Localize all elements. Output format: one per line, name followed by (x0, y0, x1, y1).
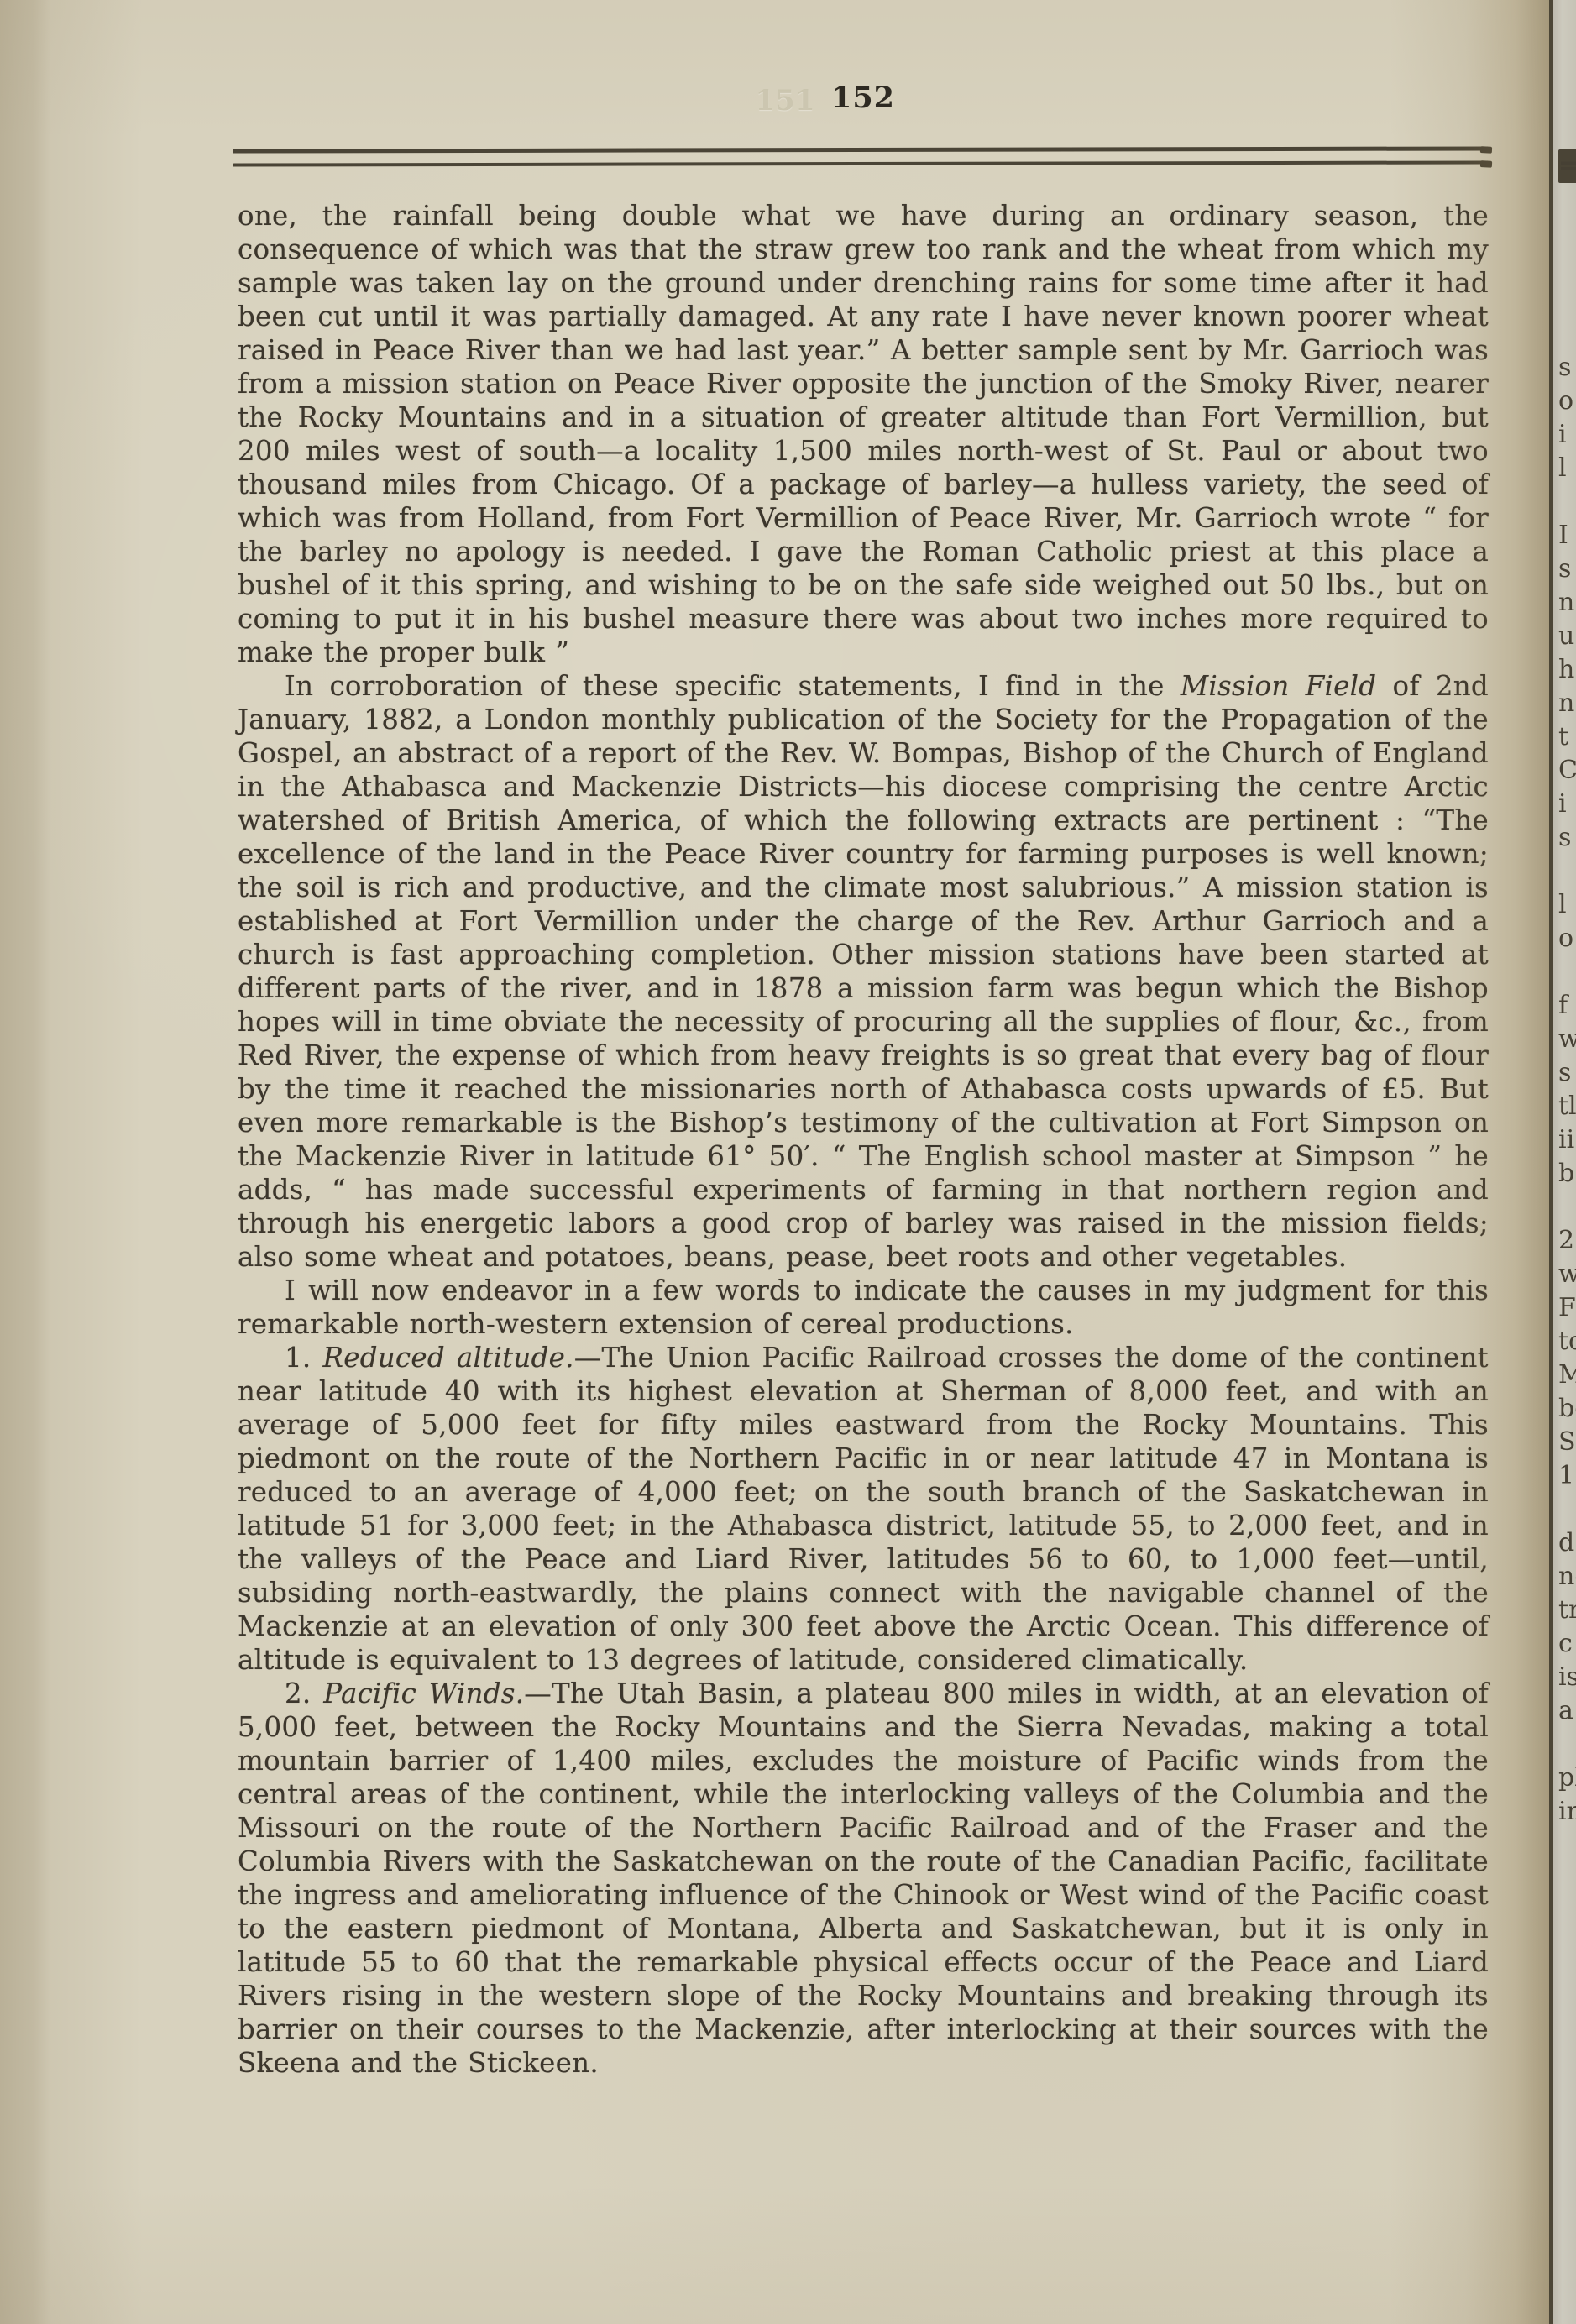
text-segment: 2. (285, 1678, 323, 1709)
italic-text-segment: Pacific Winds. (323, 1678, 524, 1709)
italic-text-segment: Reduced altitude. (322, 1342, 573, 1374)
edge-text-fragment (1558, 317, 1576, 351)
paragraph: In corroboration of these specific state… (238, 669, 1489, 1274)
edge-text-fragment (1558, 1829, 1576, 1862)
edge-text-fragment: 18 (1558, 1459, 1576, 1493)
edge-text-fragment (1558, 485, 1576, 519)
edge-text-fragment: tr (1558, 1594, 1576, 1627)
edge-text-fragment: n (1558, 586, 1576, 620)
text-segment: In corroboration of these specific state… (285, 670, 1181, 702)
rule-top-line (233, 146, 1489, 153)
edge-text-fragment: C (1558, 754, 1576, 788)
edge-text-fragment (1558, 1862, 1576, 1896)
facing-page-sliver: =soilIsnuhntCislofwstliib23wFtoMboS18dne… (1553, 0, 1576, 2324)
text-segment: —The Union Pacific Railroad crosses the … (238, 1342, 1489, 1676)
gutter-shadow (1390, 0, 1549, 2324)
facing-page-fragments: =soilIsnuhntCislofwstliib23wFtoMboS18dne… (1558, 149, 1576, 1929)
text-block: one, the rainfall being double what we h… (238, 199, 1489, 2080)
edge-text-fragment (1558, 1728, 1576, 1761)
edge-text-fragment: is (1558, 1661, 1576, 1694)
edge-text-fragment: l (1558, 452, 1576, 485)
edge-text-fragment: tl (1558, 1090, 1576, 1123)
edge-text-fragment (1558, 1896, 1576, 1929)
edge-text-fragment: a (1558, 1694, 1576, 1728)
edge-text-fragment: S (1558, 1426, 1576, 1459)
edge-text-fragment (1558, 250, 1576, 284)
edge-text-fragment: i (1558, 788, 1576, 821)
edge-text-fragment: pl (1558, 1761, 1576, 1795)
text-segment: —The Utah Basin, a plateau 800 miles in … (238, 1678, 1489, 2079)
edge-text-fragment: o (1558, 922, 1576, 955)
edge-text-fragment: s (1558, 351, 1576, 385)
italic-text-segment: Mission Field (1181, 670, 1377, 702)
edge-text-fragment: 23 (1558, 1224, 1576, 1258)
text-segment: 1. (285, 1342, 322, 1374)
edge-text-fragment: o (1558, 385, 1576, 418)
paragraph: 2. Pacific Winds.—The Utah Basin, a plat… (238, 1677, 1489, 2080)
edge-text-fragment: s (1558, 821, 1576, 855)
edge-text-fragment: l (1558, 888, 1576, 922)
edge-text-fragment: s (1558, 552, 1576, 586)
edge-text-fragment (1558, 1191, 1576, 1224)
edge-text-fragment: ii (1558, 1123, 1576, 1157)
edge-text-fragment (1558, 183, 1576, 217)
scanned-book-page: 151 152 one, the rainfall being double w… (0, 0, 1576, 2324)
edge-text-fragment: t (1558, 720, 1576, 754)
edge-text-fragment: b (1558, 1157, 1576, 1191)
edge-text-fragment: = (1558, 149, 1576, 183)
rule-bottom-line (233, 160, 1489, 166)
paragraph: I will now endeavor in a few words to in… (238, 1274, 1489, 1341)
edge-text-fragment: w (1558, 1258, 1576, 1291)
edge-text-fragment: I (1558, 519, 1576, 552)
edge-text-fragment: ne (1558, 1560, 1576, 1594)
edge-text-fragment (1558, 855, 1576, 888)
edge-text-fragment (1558, 955, 1576, 989)
edge-text-fragment (1558, 284, 1576, 317)
edge-text-fragment (1558, 1493, 1576, 1526)
edge-text-fragment: F (1558, 1291, 1576, 1325)
edge-text-fragment: f (1558, 989, 1576, 1023)
edge-text-fragment (1558, 217, 1576, 250)
edge-text-fragment: h (1558, 653, 1576, 687)
edge-text-fragment: w (1558, 1023, 1576, 1056)
edge-text-fragment: d (1558, 1526, 1576, 1560)
edge-text-fragment: in (1558, 1795, 1576, 1829)
paragraph: one, the rainfall being double what we h… (238, 199, 1489, 669)
edge-text-fragment: to (1558, 1325, 1576, 1358)
edge-text-fragment: i (1558, 418, 1576, 452)
text-segment: of 2nd January, 1882, a London monthly p… (238, 670, 1489, 1273)
paragraph: 1. Reduced altitude.—The Union Pacific R… (238, 1341, 1489, 1677)
left-page-edge-shadow (0, 0, 143, 2324)
text-segment: one, the rainfall being double what we h… (238, 200, 1489, 668)
edge-text-fragment: bo (1558, 1392, 1576, 1426)
header-double-rule (233, 146, 1489, 166)
page-number: 152 (238, 81, 1489, 115)
edge-text-fragment: M (1558, 1358, 1576, 1392)
text-segment: I will now endeavor in a few words to in… (238, 1275, 1489, 1340)
edge-text-fragment: n (1558, 687, 1576, 720)
edge-text-fragment: u (1558, 620, 1576, 653)
edge-text-fragment: c (1558, 1627, 1576, 1661)
edge-text-fragment: s (1558, 1056, 1576, 1090)
